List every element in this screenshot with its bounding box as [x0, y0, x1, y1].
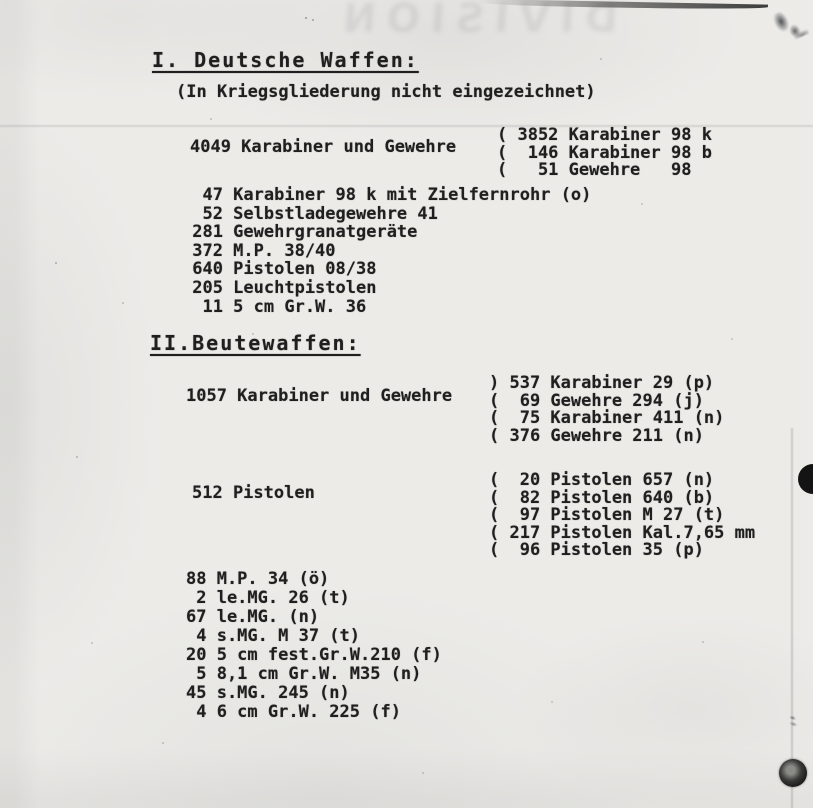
section1-subheading: (In Kriegsgliederung nicht eingezeichnet…: [176, 83, 596, 102]
inventory-line: 5 8,1 cm Gr.W. M35 (n): [186, 665, 442, 684]
torn-edge-streak: [478, 0, 768, 11]
breakdown-line: ( 75 Karabiner 411 (n): [489, 410, 724, 428]
inventory-line: 281 Gewehrgranatgeräte: [182, 223, 591, 242]
inventory-line: 205 Leuchtpistolen: [182, 279, 591, 298]
section1-rifles-total: 4049 Karabiner und Gewehre: [190, 138, 456, 157]
inventory-line: 4 s.MG. M 37 (t): [186, 627, 442, 646]
breakdown-line: ( 97 Pistolen M 27 (t): [489, 507, 755, 525]
ink-smudge: [784, 712, 802, 730]
inventory-line: 45 s.MG. 245 (n): [186, 684, 442, 703]
inventory-line: 4 6 cm Gr.W. 225 (f): [186, 703, 442, 722]
inventory-line: 52 Selbstladegewehre 41: [182, 205, 591, 224]
breakdown-line: ( 20 Pistolen 657 (n): [489, 472, 755, 490]
torn-edge-mark: [765, 4, 809, 47]
breakdown-line: ( 376 Gewehre 211 (n): [489, 428, 724, 446]
hole-punch-top: [798, 464, 813, 494]
page-edge-line: [791, 428, 793, 808]
section1-heading: I. Deutsche Waffen:: [152, 48, 419, 72]
breakdown-line: ( 96 Pistolen 35 (p): [489, 542, 755, 560]
inventory-line: 47 Karabiner 98 k mit Zielfernrohr (o): [182, 186, 591, 205]
breakdown-line: ( 51 Gewehre 98: [497, 162, 712, 180]
inventory-line: 11 5 cm Gr.W. 36: [182, 298, 591, 317]
inventory-line: 20 5 cm fest.Gr.W.210 (f): [186, 646, 442, 665]
bleedthrough-ghost-text: DIVISION: [266, 0, 619, 44]
inventory-line: 67 le.MG. (n): [186, 608, 442, 627]
scan-speckles: [0, 0, 2, 2]
section2-rifles-total: 1057 Karabiner und Gewehre: [186, 387, 452, 406]
section2-pistols-total: 512 Pistolen: [192, 484, 315, 503]
breakdown-line: ) 537 Karabiner 29 (p): [489, 375, 724, 393]
inventory-line: 372 M.P. 38/40: [182, 242, 591, 261]
hole-punch-bottom: [779, 759, 807, 787]
inventory-line: 2 le.MG. 26 (t): [186, 589, 442, 608]
inventory-line: 640 Pistolen 08/38: [182, 260, 591, 279]
section2-heading: II.Beutewaffen:: [150, 331, 361, 355]
breakdown-line: ( 3852 Karabiner 98 k: [497, 127, 712, 145]
inventory-line: 88 M.P. 34 (ö): [186, 570, 442, 589]
